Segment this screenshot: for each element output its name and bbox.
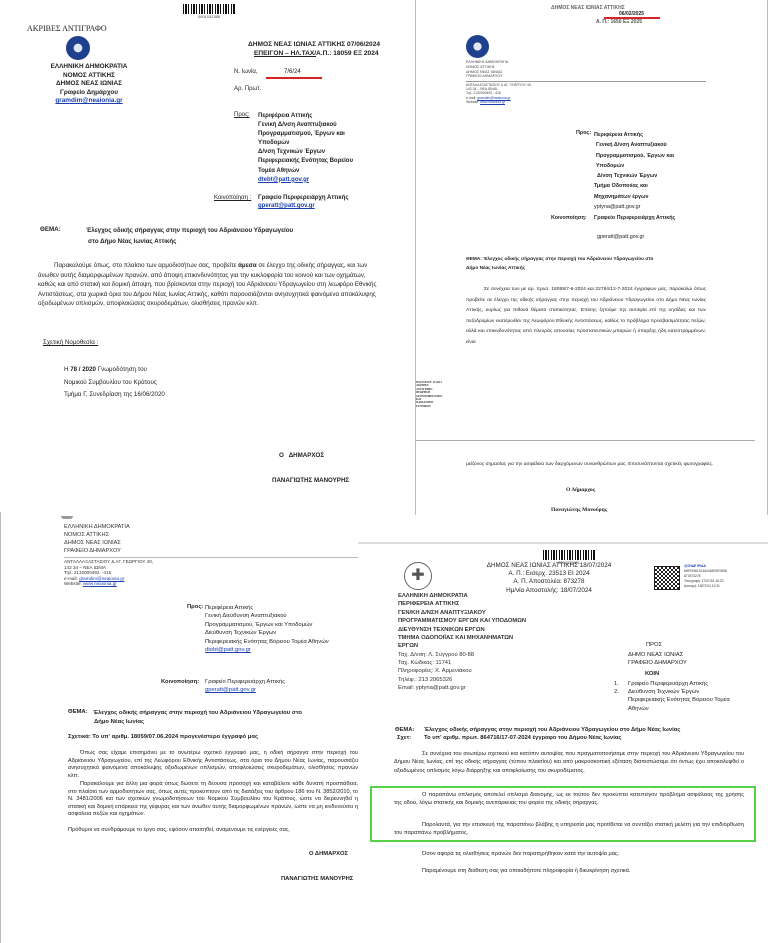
cc-label: Κοινοποίηση:	[551, 215, 587, 221]
stamp-line: ΔΗΜΟΣ ΝΕΑΣ ΙΩΝΙΑΣ ΑΤΤΙΚΗΣ 18/07/2024	[454, 562, 644, 570]
header-org: ΕΛΛΗΝΙΚΗ ΔΗΜΟΚΡΑΤΙΑ ΠΕΡΙΦΕΡΕΙΑ ΑΤΤΙΚΗΣ Γ…	[398, 592, 526, 651]
signature-title: Ο Δήμαρχος	[566, 487, 595, 493]
header-email-link[interactable]: gramdim@neaionia.gr	[79, 576, 124, 581]
header-org-line: Γραφείο Δημάρχου	[44, 89, 134, 98]
header-contact: ΑΝΤΑΛΛΑΞΑΣΤΑΣΙΟΥ & ΑΓ. ΓΕΩΡΓΙΟΥ 40, 142 …	[64, 559, 153, 587]
signature-name: ΠΑΝΑΓΙΩΤΗΣ ΜΑΝΟΥΡΗΣ	[272, 477, 349, 484]
to-line: Περιφέρεια Αττικής	[258, 112, 353, 121]
contact-line: Ταχ. Κώδικας: 11741	[398, 659, 474, 667]
document-mayor-letter-june-2024: 0001032385 ΑΚΡΙΒΕΣ ΑΝΤΙΓΡΑΦΟ ΕΛΛΗΝΙΚΗ ΔΗ…	[0, 0, 395, 505]
emblem-fragment-icon	[61, 516, 73, 519]
body-paragraph: Παρακαλούμε όπως, στο πλαίσιο των αρμοδι…	[38, 261, 378, 309]
to-line: Περιφέρεια Αττικής	[594, 130, 674, 140]
header-org-line: ΕΡΓΩΝ	[398, 642, 526, 650]
header-org-line: ΓΡΑΦΕΙΟ ΔΗΜΑΡΧΟΥ	[466, 74, 508, 79]
signature-title: Ο ΔΗΜΑΡΧΟΣ	[279, 452, 324, 459]
cc-line: Γραφείο Περιφερειάρχη Αττικής	[594, 215, 675, 221]
to-line: Τμήμα Οδοποιίας και	[594, 181, 674, 191]
to-line: Δ/νση Τεχνικών Έργων	[594, 171, 674, 181]
body-paragraph-1: Όπως σας είχαμε επισημάνει με το ανωτέρω…	[68, 750, 358, 780]
body-paragraph-5: Παραμένουμε στη διάθεση σας για οποιαδήπ…	[422, 868, 630, 874]
website-line: Website: www.neaionia.gr	[466, 100, 532, 104]
to-label: Προς:	[234, 112, 250, 118]
to-line: Διεύθυνση Τεχνικών Έργων	[205, 629, 329, 637]
header-org: ΕΛΛΗΝΙΚΗ ΔΗΜΟΚΡΑΤΙΑ ΝΟΜΟΣ ΑΤΤΙΚΗΣ ΔΗΜΟΣ …	[44, 63, 134, 106]
header-divider	[64, 557, 358, 558]
date-value: 7/6/24	[284, 69, 301, 75]
subject: ΘΕΜΑ: Έλεγχος οδικής σήραγγας στην περιο…	[466, 255, 666, 273]
to-line: Μηχανημάτων έργων	[594, 192, 674, 202]
to-recipient-block: Περιφέρεια Αττικής Γενική Δ/νση Αναπτυξι…	[594, 130, 674, 212]
subject-label: ΘΕΜΑ:	[395, 727, 414, 733]
to-line: Υποδομών	[594, 161, 674, 171]
to-line: Γενική Δ/νση Αναπτυξιακού	[258, 121, 353, 130]
barcode-number: 0001032385	[183, 14, 235, 19]
subject: Έλεγχος οδικής σήραγγας στην περιοχή του…	[93, 709, 302, 727]
qr-info: @ΣΗΔΕ ΙΡΙΔΑ 66979461314dc34893f70056 ΑΠ:…	[684, 564, 727, 589]
cc-email-link[interactable]: gperatt@patt.gov.gr	[258, 203, 315, 209]
header-org-line: ΕΛΛΗΝΙΚΗ ΔΗΜΟΚΡΑΤΙΑ	[44, 63, 134, 72]
cc-label: Κοινοποίηση:	[161, 679, 199, 685]
legislation-block: Η 78 / 2020 Γνωμοδότηση του Νομικού Συμβ…	[64, 364, 165, 402]
cc-item: 1.Γραφείο Περιφερειάρχη Αττικής	[614, 680, 734, 688]
document-mayor-letter-feb-2025: ΔΗΜΟΣ ΝΕΑΣ ΙΩΝΙΑΣ ΑΤΤΙΚΗΣ 06/02/2025 Α. …	[415, 0, 768, 515]
signature-name: Παναγιώτης Μανούρης	[551, 507, 607, 513]
page-break-divider	[415, 440, 755, 441]
protocol-label: Αρ. Πρωτ.	[234, 86, 261, 92]
header-contact: ΑΝΤΑΛΛΑΞΑΣΤΑΣΙΟΥ & ΑΓ. ΓΕΩΡΓΙΟΥ 40, 142 …	[466, 83, 532, 104]
to-line: Περιφέρεια Αττικής	[205, 604, 329, 612]
header-org-line: ΓΕΝ/ΚΗ Δ/ΝΣΗ ΑΝΑΠΤΥΞΙΑΚΟΥ	[398, 609, 526, 617]
cc-line: Γραφείο Περιφερειάρχη Αττικής	[258, 195, 349, 201]
to-line: Δ/νση Τεχνικών Έργων	[258, 148, 353, 157]
header-org: ΕΛΛΗΝΙΚΗ ΔΗΜΟΚΡΑΤΙΑ ΝΟΜΟΣ ΑΤΤΙΚΗΣ ΔΗΜΟΣ …	[64, 523, 130, 555]
to-line: Περιφερειακής Ενότητας Βόρειου Τομέα Αθη…	[205, 638, 329, 646]
to-line: Προγραμματισμού, Έργων και	[258, 130, 353, 139]
body-paragraph-4: Όσον αφορά τις ολισθήσεις πρανών δεν παρ…	[422, 851, 619, 857]
subject-label: ΘΕΜΑ:	[68, 709, 88, 715]
qr-info-line: Διανομή: 18/07/24 12:31	[684, 584, 727, 589]
website-line: Website: www.neaionia.gr	[64, 581, 153, 587]
cc-label: Κοινοποίηση :	[214, 195, 251, 201]
header-org-line: ΠΡΟΓΡΑΜΜΑΤΙΣΜΟΥ ΕΡΓΩΝ ΚΑΙ ΥΠΟΔΟΜΩΝ	[398, 617, 526, 625]
header-org-line: ΤΜΗΜΑ ΟΔΟΠΟΙΪΑΣ ΚΑΙ ΜΗΧΑΝΗΜΑΤΩΝ	[398, 634, 526, 642]
header-org: ΕΛΛΗΝΙΚΗ ΔΗΜΟΚΡΑΤΙΑ ΝΟΜΟΣ ΑΤΤΙΚΗΣ ΔΗΜΟΣ …	[466, 60, 508, 79]
cc-label: ΚΟΙΝ	[645, 671, 659, 677]
related-label: Σχετ:	[397, 735, 411, 741]
stamp-protocol: Α. Π.: 1650 ΕΞ 2025	[596, 19, 642, 25]
body-continued: μείζονος σημασίας για την ασφάλεια των δ…	[466, 460, 726, 469]
to-email: yptyna@patt.gov.gr	[594, 202, 674, 212]
to-label: Προς:	[187, 604, 203, 610]
electronic-stamp: ΒΑΣΙΛΕΙΟΥ 11/2024 ΑΚΡΙΒΕΣ ΑΝΤΙΓΡΑΦΟ ΘΕΩΡ…	[416, 381, 442, 408]
to-recipient-block: ΔΗΜΟ ΝΕΑΣ ΙΩΝΙΑΣ ΓΡΑΦΕΙΟ ΔΗΜΑΡΧΟΥ	[628, 651, 687, 667]
address-line: ΑΝΤΑΛΛΑΞΑΣΤΑΣΙΟΥ & ΑΓ. ΓΕΩΡΓΙΟΥ 40,	[64, 559, 153, 565]
related-reference: Σχετικά: Το υπ' αριθμ. 18059/07.06.2024 …	[68, 734, 258, 740]
stamp-line-1: ΔΗΜΟΣ ΝΕΑΣ ΙΩΝΙΑΣ ΑΤΤΙΚΗΣ	[551, 5, 625, 11]
barcode	[543, 550, 595, 560]
header-org-line: ΝΟΜΟΣ ΑΤΤΙΚΗΣ	[44, 72, 134, 81]
body-paragraph-3: Παρολαυτά, για την επισκευή της παραπάνω…	[394, 821, 744, 838]
legislation-line: Η 78 / 2020 Γνωμοδότηση του	[64, 364, 165, 377]
to-line: Προγραμματισμού, Έργων και	[594, 151, 674, 161]
greek-emblem-icon	[466, 35, 489, 58]
certified-copy-label: ΑΚΡΙΒΕΣ ΑΝΤΙΓΡΑΦΟ	[27, 24, 107, 33]
to-line: Τομέα Αθηνών	[258, 167, 353, 176]
to-email-link[interactable]: dtebt@patt.gov.gr	[258, 176, 353, 185]
body-paragraph-3: Πρόθυμοι να συνδράμουμε το έργο σας, εφό…	[68, 827, 358, 835]
document-region-response: 0001038411 ΔΗΜΟΣ ΝΕΑΣ ΙΩΝΙΑΣ ΑΤΤΙΚΗΣ 18/…	[358, 542, 768, 943]
to-line: ΔΗΜΟ ΝΕΑΣ ΙΩΝΙΑΣ	[628, 651, 687, 659]
subject: Έλεγχος οδικής σήραγγας στην περιοχή του…	[424, 727, 680, 733]
stamp-line: Α. Π. Αποστολέα: 873278	[454, 578, 644, 586]
contact-line: Email: yptyna@patt.gov.gr	[398, 684, 474, 692]
contact-line: Πληροφορίες: Χ. Αρμενιάκου	[398, 667, 474, 675]
subject-line: στο Δήμο Νέας Ιωνίας Αττικής	[86, 237, 293, 248]
subject: Έλεγχος οδικής σήραγγας στην περιοχή του…	[86, 226, 293, 247]
cc-item: 2.Διεύθυνση Τεχνικών Έργων Περιφερειακής…	[614, 688, 734, 713]
to-line: ΓΡΑΦΕΙΟ ΔΗΜΑΡΧΟΥ	[628, 659, 687, 667]
cc-email-link[interactable]: gperatt@patt.gov.gr	[205, 687, 256, 693]
signature-title: Ο ΔΗΜΑΡΧΟΣ	[309, 851, 348, 857]
header-org-line: ΔΗΜΟΣ ΝΕΑΣ ΙΩΝΙΑΣ	[64, 539, 130, 547]
header-org-line: ΓΡΑΦΕΙΟ ΔΗΜΑΡΧΟΥ	[64, 547, 130, 555]
cc-list: 1.Γραφείο Περιφερειάρχη Αττικής 2.Διεύθυ…	[614, 680, 734, 713]
contact-line: Ταχ. Δ/νση: Λ. Συγγρού 80-88	[398, 651, 474, 659]
header-org-line: ΝΟΜΟΣ ΑΤΤΙΚΗΣ	[64, 531, 130, 539]
header-website-link[interactable]: www.neaionia.gr	[83, 581, 117, 586]
to-line: Υποδομών	[258, 139, 353, 148]
contact-line: Τηλέφ.: 213 2065326	[398, 676, 474, 684]
header-org-line: ΔΗΜΟΣ ΝΕΑΣ ΙΩΝΙΑΣ	[44, 80, 134, 89]
receipt-stamp: ΔΗΜΟΣ ΝΕΑΣ ΙΩΝΙΑΣ ΑΤΤΙΚΗΣ 18/07/2024 Α. …	[454, 562, 644, 595]
body-paragraph: Σε συνέχεια των με αρ. πρωτ. 18059/7-6-2…	[466, 285, 706, 349]
to-line: Περιφερειακής Ενότητας Βορείου	[258, 157, 353, 166]
header-divider	[466, 81, 706, 82]
subject-line: Έλεγχος οδικής σήραγγας στην περιοχή του…	[93, 709, 302, 718]
to-label: Προς:	[576, 130, 591, 136]
header-org-line: ΕΛΛΗΝΙΚΗ ΔΗΜΟΚΡΑΤΙΑ	[64, 523, 130, 531]
to-recipient-block: Περιφέρεια Αττικής Γενική Διεύθυνση Αναπ…	[205, 604, 329, 654]
header-org-line: ΠΕΡΙΦΕΡΕΙΑ ΑΤΤΙΚΗΣ	[398, 600, 526, 608]
place-label: Ν. Ιωνία,	[234, 69, 258, 75]
header-website-link[interactable]: www.neaionia.gr	[480, 100, 505, 104]
body-paragraph-2: Ο παραπάνω οπλισμός αποτελεί οπλισμό δια…	[394, 791, 744, 808]
to-recipient-block: Περιφέρεια Αττικής Γενική Δ/νση Αναπτυξι…	[258, 112, 353, 185]
related-reference: Το υπ' αριθμ. πρωτ. 864716/17-07-2024 έγ…	[424, 735, 621, 741]
contact-block: Ταχ. Δ/νση: Λ. Συγγρού 80-88 Ταχ. Κώδικα…	[398, 651, 474, 692]
stamp-line-1: ΔΗΜΟΣ ΝΕΑΣ ΙΩΝΙΑΣ ΑΤΤΙΚΗΣ 07/06/2024	[248, 41, 380, 48]
stamp-line: ΕΓΓΡΑΦΟΥ	[416, 405, 442, 408]
cc-line: Γραφείο Περιφερειάρχη Αττικής	[205, 679, 285, 685]
cc-email: gperatt@patt.gov.gr	[597, 234, 644, 240]
qr-code-icon	[654, 566, 680, 590]
subject-line: Δήμο Νέας Ιωνίας	[93, 718, 302, 727]
body-paragraph-1: Σε συνέχεια του ανωτέρω σχετικού και κατ…	[394, 750, 744, 775]
legislation-line: Νομικού Συμβουλίου του Κράτους	[64, 377, 165, 390]
subject-label: ΘΕΜΑ:	[40, 226, 61, 233]
subject-line: Έλεγχος οδικής σήραγγας στην περιοχή του…	[86, 226, 293, 237]
body-paragraph-2: Παρακαλούμε για άλλη μια φορά όπως δώσετ…	[68, 781, 358, 819]
legislation-label: Σχετική Νομοθεσία :	[43, 339, 98, 346]
stamp-protocol: Α.Π.: 18059 ΕΞ 2024	[316, 50, 379, 57]
greek-emblem-icon	[404, 562, 432, 590]
header-org-line: ΔΙΕΥΘΥΝΣΗ ΤΕΧΝΙΚΩΝ ΕΡΓΩΝ	[398, 626, 526, 634]
header-email-link[interactable]: gramdim@neaionia.gr	[44, 97, 134, 106]
header-org-line: ΕΛΛΗΝΙΚΗ ΔΗΜΟΚΡΑΤΙΑ	[398, 592, 526, 600]
to-line: Γενική Διεύθυνση Αναπτυξιακού	[205, 612, 329, 620]
date-underline	[266, 77, 322, 79]
to-label: ΠΡΟΣ	[646, 642, 662, 648]
to-line: Γενική Δ/νση Αναπτυξιακού	[594, 140, 674, 150]
to-email-link[interactable]: dtebt@patt.gov.gr	[205, 646, 329, 654]
legislation-line: Τμήμα Γ, Συνεδρίαση της 16/06/2020	[64, 389, 165, 402]
signature-name: ΠΑΝΑΓΙΩΤΗΣ ΜΑΝΟΥΡΗΣ	[281, 876, 353, 882]
to-line: Προγραμματισμού, Έργων και Υποδομών	[205, 621, 329, 629]
document-mayor-letter-followup: ΕΛΛΗΝΙΚΗ ΔΗΜΟΚΡΑΤΙΑ ΝΟΜΟΣ ΑΤΤΙΚΗΣ ΔΗΜΟΣ …	[0, 512, 358, 943]
greek-emblem-icon	[66, 36, 90, 60]
barcode	[183, 4, 235, 14]
